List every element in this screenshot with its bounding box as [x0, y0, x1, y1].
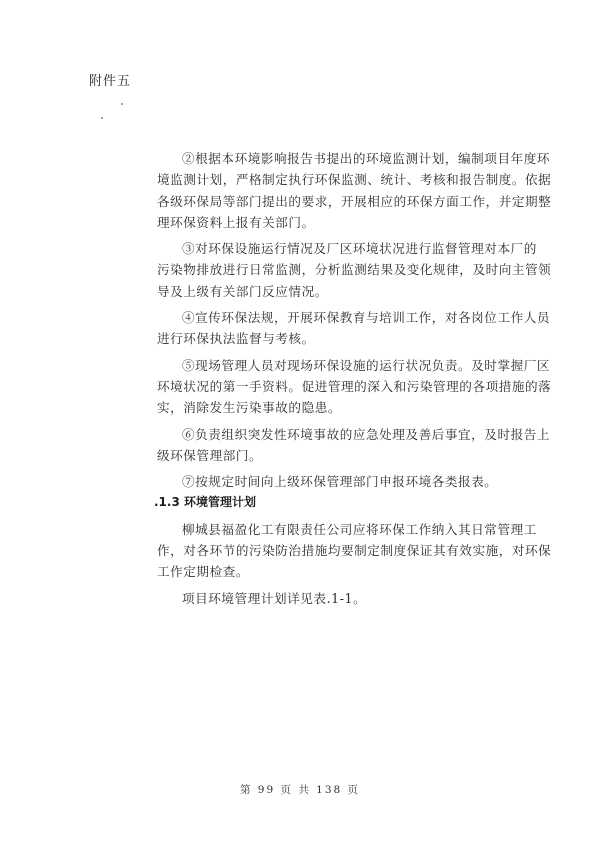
text-line: 作，对各环节的污染防治措施均要制定制度保证其有效实施，对环保	[157, 540, 445, 561]
text-line: 理环保资料上报有关部门。	[157, 212, 445, 233]
section-paragraph-2: 项目环境管理计划详见表.1-1。	[157, 588, 445, 609]
text-line: 导及上级有关部门反应情况。	[157, 281, 445, 302]
paragraph-4: ④宣传环保法规，开展环保教育与培训工作，对各岗位工作人员 进行环保执法监督与考核…	[157, 307, 445, 350]
text-line: 污染物排放进行日常监测，分析监测结果及变化规律，及时向主管领	[157, 259, 445, 280]
text-line: ⑤现场管理人员对现场环保设施的运行状况负责。及时掌握厂区	[157, 355, 445, 376]
paragraph-3: ③对环保设施运行情况及厂区环境状况进行监督管理对本厂的 污染物排放进行日常监测，…	[157, 238, 445, 302]
text-line: 进行环保执法监督与考核。	[157, 328, 445, 349]
document-body: ②根据本环境影响报告书提出的环境监测计划，编制项目年度环 境监测计划，严格制定执…	[157, 148, 445, 609]
text-line: ②根据本环境影响报告书提出的环境监测计划，编制项目年度环	[157, 148, 445, 169]
text-line: 境监测计划，严格制定执行环保监测、统计、考核和报告制度。依据	[157, 169, 445, 190]
paragraph-5: ⑤现场管理人员对现场环保设施的运行状况负责。及时掌握厂区 环境状况的第一手资料。…	[157, 355, 445, 419]
text-line: 各级环保局等部门提出的要求，开展相应的环保方面工作，并定期整	[157, 191, 445, 212]
text-line: ③对环保设施运行情况及厂区环境状况进行监督管理对本厂的	[157, 238, 445, 259]
text-line: ⑥负责组织突发性环境事故的应急处理及善后事宜，及时报告上	[157, 424, 445, 445]
text-line: ⑦按规定时间向上级环保管理部门申报环境各类报表。	[157, 471, 445, 492]
text-line: 环境状况的第一手资料。促进管理的深入和污染管理的各项措施的落	[157, 376, 445, 397]
scan-speck	[121, 103, 123, 105]
text-line: 工作定期检查。	[157, 561, 445, 582]
page-number: 第 99 页 共 138 页	[0, 782, 600, 797]
text-line: 柳城县福盈化工有限责任公司应将环保工作纳入其日常管理工	[157, 519, 445, 540]
text-line: 级环保管理部门。	[157, 445, 445, 466]
text-line: 实，消除发生污染事故的隐患。	[157, 397, 445, 418]
paragraph-6: ⑥负责组织突发性环境事故的应急处理及善后事宜，及时报告上 级环保管理部门。	[157, 424, 445, 467]
text-line: 项目环境管理计划详见表.1-1。	[157, 588, 445, 609]
paragraph-2: ②根据本环境影响报告书提出的环境监测计划，编制项目年度环 境监测计划，严格制定执…	[157, 148, 445, 233]
section-heading: .1.3 环境管理计划	[154, 492, 445, 513]
attachment-label: 附件五	[89, 70, 131, 89]
section-paragraph-1: 柳城县福盈化工有限责任公司应将环保工作纳入其日常管理工 作，对各环节的污染防治措…	[157, 519, 445, 583]
paragraph-7: ⑦按规定时间向上级环保管理部门申报环境各类报表。	[157, 471, 445, 492]
scan-speck	[101, 117, 103, 119]
text-line: ④宣传环保法规，开展环保教育与培训工作，对各岗位工作人员	[157, 307, 445, 328]
